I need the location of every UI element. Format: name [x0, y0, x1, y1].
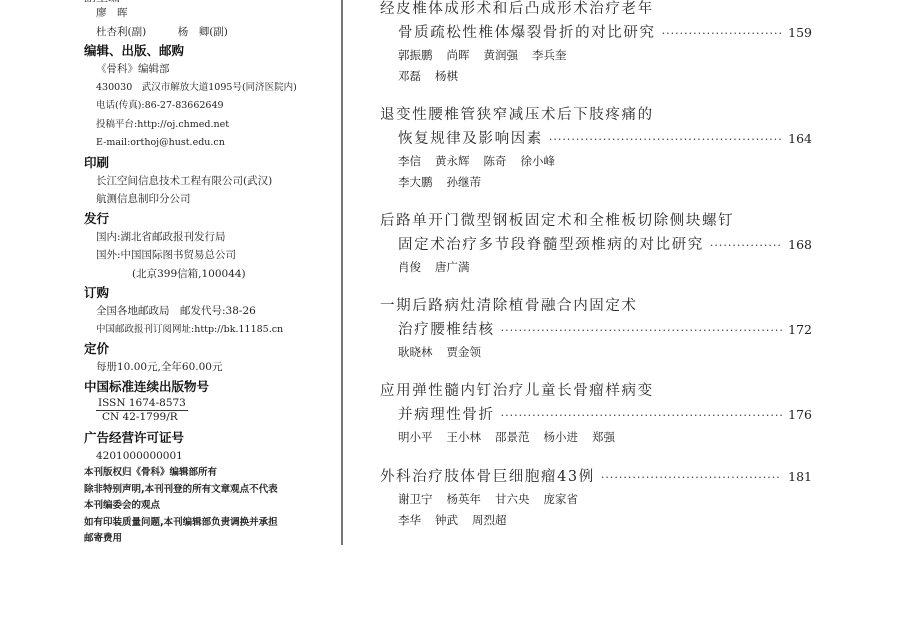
author: 尚晖	[447, 48, 470, 62]
info-line: 全国各地邮政局 邮发代号:38-26	[84, 302, 339, 321]
author: 贾金领	[447, 345, 482, 359]
toc-entry[interactable]: 后路单开门微型钢板固定术和全椎板切除侧块螺钉 固定术治疗多节段脊髓型颈椎病的对比…	[380, 210, 812, 278]
leader-dots: ········································…	[549, 128, 782, 151]
author-line: 郭振鹏尚晖黄润强李兵奎	[380, 45, 812, 66]
info-line: 国内:湖北省邮政报刊发行局	[84, 228, 339, 247]
section-heading-subscription: 订购	[84, 283, 339, 302]
page-number: 159	[788, 21, 812, 44]
toc-title-line: 固定术治疗多节段脊髓型颈椎病的对比研究 ····················…	[380, 233, 812, 257]
info-line: 4201000000001	[84, 447, 339, 466]
info-line: 电话(传真):86-27-83662649	[84, 97, 339, 116]
editor-line: 杜杏利(副) 杨 卿(副)	[84, 23, 339, 42]
author: 邓磊	[398, 69, 421, 83]
toc-entry[interactable]: 应用弹性髓内钉治疗儿童长骨瘤样病变 并病理性骨折 ···············…	[380, 380, 812, 448]
info-line: E-mail:orthoj@hust.edu.cn	[84, 134, 339, 153]
author: 杨英年	[447, 492, 482, 506]
leader-dots: ········································…	[501, 404, 783, 427]
author: 王小林	[447, 430, 482, 444]
toc-title-line: 一期后路病灶清除植骨融合内固定术	[380, 295, 812, 318]
author-line: 明小平王小林邵景范杨小进郑强	[380, 427, 812, 448]
author: 庞家省	[544, 492, 579, 506]
notice-line: 本刊版权归《骨科》编辑部所有	[84, 465, 339, 482]
page-number: 172	[788, 318, 812, 341]
toc-title-text: 骨质疏松性椎体爆裂骨折的对比研究	[398, 22, 656, 45]
toc-title-line: 退变性腰椎管狭窄减压术后下肢疼痛的	[380, 104, 812, 127]
info-line: 430030 武汉市解放大道1095号(同济医院内)	[84, 79, 339, 98]
author: 唐广满	[435, 260, 470, 274]
info-line: 每册10.00元,全年60.00元	[84, 358, 339, 377]
leader-dots: ········································…	[662, 22, 783, 45]
author: 李华	[398, 513, 421, 527]
notice-line: 如有印装质量问题,本刊编辑部负责调换并承担	[84, 515, 339, 532]
author-line: 肖俊唐广满	[380, 257, 812, 278]
author: 肖俊	[398, 260, 421, 274]
author: 钟武	[435, 513, 458, 527]
issn-number: ISSN 1674-8573	[96, 397, 188, 411]
author-line: 邓磊杨棋	[380, 66, 812, 87]
toc-title-text: 并病理性骨折	[398, 404, 495, 427]
toc-entry[interactable]: 退变性腰椎管狭窄减压术后下肢疼痛的 恢复规律及影响因素 ············…	[380, 104, 812, 193]
toc-title-line: 并病理性骨折 ·································…	[380, 403, 812, 427]
author: 徐小峰	[521, 154, 556, 168]
toc-title-text: 恢复规律及影响因素	[398, 128, 543, 151]
page-number: 176	[788, 403, 812, 426]
author-line: 李信黄永辉陈奇徐小峰	[380, 151, 812, 172]
section-heading-serial-number: 中国标准连续出版物号	[84, 377, 339, 396]
author: 李大鹏	[398, 175, 433, 189]
toc-title-line: 应用弹性髓内钉治疗儿童长骨瘤样病变	[380, 380, 812, 403]
toc-title-text: 治疗腰椎结核	[398, 319, 495, 342]
toc-entry[interactable]: 经皮椎体成形术和后凸成形术治疗老年 骨质疏松性椎体爆裂骨折的对比研究 ·····…	[380, 0, 812, 87]
toc-title-text: 外科治疗肢体骨巨细胞瘤43例	[380, 466, 595, 489]
editor-line: 廖 晖	[84, 4, 339, 23]
section-heading-editing: 编辑、出版、邮购	[84, 41, 339, 60]
page-number: 181	[788, 465, 812, 488]
notice-line: 邮寄费用	[84, 531, 339, 548]
leader-dots: ········································…	[710, 234, 782, 257]
author: 黄永辉	[435, 154, 470, 168]
cn-number: CN 42-1799/R	[96, 411, 339, 424]
toc-title-line: 骨质疏松性椎体爆裂骨折的对比研究 ·······················…	[380, 21, 812, 45]
author: 邵景范	[495, 430, 530, 444]
info-line: 《骨科》编辑部	[84, 60, 339, 79]
toc-entry[interactable]: 一期后路病灶清除植骨融合内固定术 治疗腰椎结核 ················…	[380, 295, 812, 363]
author-line: 李大鹏孙继芾	[380, 172, 812, 193]
author: 陈奇	[484, 154, 507, 168]
info-line: 中国邮政报刊订阅网址:http://bk.11185.cn	[84, 321, 339, 340]
section-heading-ad-license: 广告经营许可证号	[84, 428, 339, 447]
page-number: 164	[788, 127, 812, 150]
column-divider	[341, 0, 343, 545]
masthead-column: 廖 晖 杜杏利(副) 杨 卿(副) 编辑、出版、邮购 《骨科》编辑部 43003…	[84, 4, 339, 548]
info-line: 长江空间信息技术工程有限公司(武汉)	[84, 172, 339, 191]
notice-line: 本刊编委会的观点	[84, 498, 339, 515]
author: 黄润强	[484, 48, 519, 62]
page-number: 168	[788, 233, 812, 256]
section-heading-distribution: 发行	[84, 209, 339, 228]
author: 郭振鹏	[398, 48, 433, 62]
notice-line: 除非特别声明,本刊刊登的所有文章观点不代表	[84, 482, 339, 499]
leader-dots: ········································…	[501, 319, 783, 342]
section-heading-price: 定价	[84, 339, 339, 358]
toc-title-line: 外科治疗肢体骨巨细胞瘤43例 ·························…	[380, 465, 812, 489]
section-heading-printing: 印刷	[84, 153, 339, 172]
author-line: 耿晓林贾金领	[380, 342, 812, 363]
author: 孙继芾	[447, 175, 482, 189]
author: 李兵奎	[532, 48, 567, 62]
issn-block: ISSN 1674-8573 CN 42-1799/R	[84, 397, 339, 424]
toc-title-line: 经皮椎体成形术和后凸成形术治疗老年	[380, 0, 812, 21]
author: 郑强	[592, 430, 615, 444]
leader-dots: ········································…	[601, 466, 782, 489]
info-line: 航测信息制印分公司	[84, 190, 339, 209]
author: 耿晓林	[398, 345, 433, 359]
toc-title-line: 恢复规律及影响因素 ······························…	[380, 127, 812, 151]
author-line: 李华钟武周烈超	[380, 510, 812, 531]
author: 李信	[398, 154, 421, 168]
info-line: 投稿平台:http://oj.chmed.net	[84, 116, 339, 135]
toc-entry[interactable]: 外科治疗肢体骨巨细胞瘤43例 ·························…	[380, 465, 812, 531]
info-line: 国外:中国国际图书贸易总公司	[84, 246, 339, 265]
author: 杨棋	[435, 69, 458, 83]
toc-title-line: 治疗腰椎结核 ·································…	[380, 318, 812, 342]
toc-title-line: 后路单开门微型钢板固定术和全椎板切除侧块螺钉	[380, 210, 812, 233]
author-line: 谢卫宁杨英年甘六央庞家省	[380, 489, 812, 510]
author: 周烈超	[472, 513, 507, 527]
toc-title-text: 固定术治疗多节段脊髓型颈椎病的对比研究	[398, 234, 704, 257]
info-line: (北京399信箱,100044)	[84, 265, 339, 284]
author: 谢卫宁	[398, 492, 433, 506]
author: 杨小进	[544, 430, 579, 444]
author: 甘六央	[495, 492, 530, 506]
author: 明小平	[398, 430, 433, 444]
cut-off-heading: 副主编	[84, 0, 120, 2]
table-of-contents: 经皮椎体成形术和后凸成形术治疗老年 骨质疏松性椎体爆裂骨折的对比研究 ·····…	[380, 0, 812, 531]
